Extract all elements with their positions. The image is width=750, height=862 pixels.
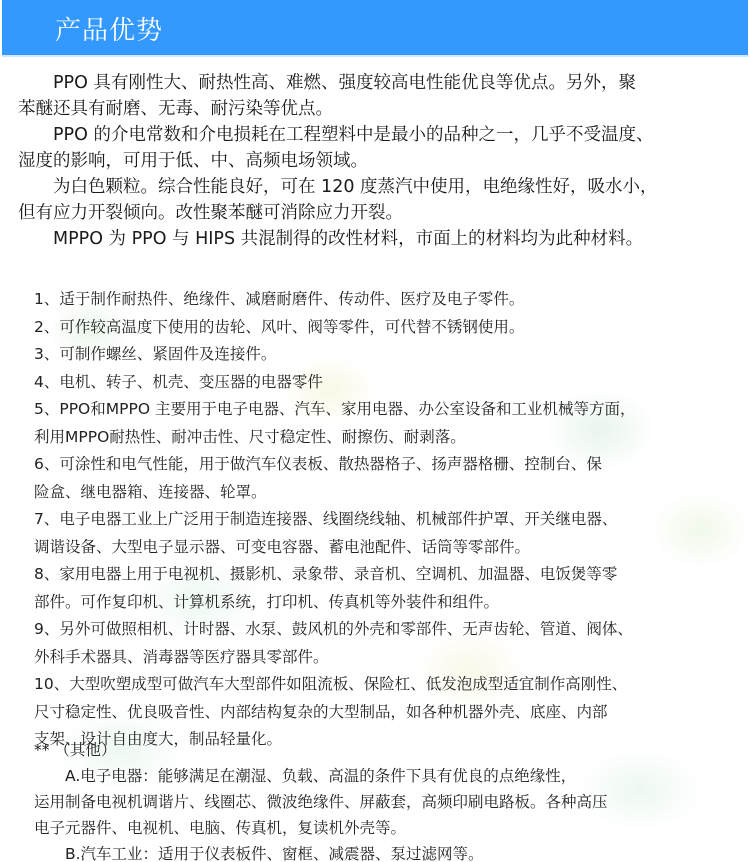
intro-paragraph-2-cont: 湿度的影响，可用于低、中、高频电场领域。 bbox=[18, 148, 738, 174]
list-item-cont: 外科手术器具、消毒器等医疗器具零部件。 bbox=[34, 644, 734, 672]
intro-paragraph-2: PPO 的介电常数和介电损耗在工程塑料中是最小的品种之一，几乎不受温度、 bbox=[18, 122, 738, 148]
list-item: 8、家用电器上用于电视机、摄影机、录象带、录音机、空调机、加温器、电饭煲等零 bbox=[34, 561, 734, 589]
other-item-a-cont: 运用制备电视机调谐片、线圈芯、微波绝缘件、屏蔽套，高频印刷电路板。各种高压 bbox=[34, 789, 734, 815]
list-item: 3、可制作螺丝、紧固件及连接件。 bbox=[34, 341, 734, 369]
list-item: 10、大型吹塑成型可做汽车大型部件如阻流板、保险杠、低发泡成型适宜制作高刚性、 bbox=[34, 671, 734, 699]
list-item-cont: 险盒、继电器箱、连接器、轮罩。 bbox=[34, 479, 734, 507]
intro-paragraph-1-cont: 苯醚还具有耐磨、无毒、耐污染等优点。 bbox=[18, 96, 738, 122]
list-item: 5、PPO和MPPO 主要用于电子电器、汽车、家用电器、办公室设备和工业机械等方… bbox=[34, 396, 734, 424]
other-section: ** （其他） A.电子电器：能够满足在潮湿、负载、高温的条件下具有优良的点绝缘… bbox=[34, 737, 734, 862]
intro-paragraph-1: PPO 具有刚性大、耐热性高、难燃、强度较高电性能优良等优点。另外，聚 bbox=[18, 70, 738, 96]
list-item: 2、可作较高温度下使用的齿轮、风叶、阀等零件，可代替不锈钢使用。 bbox=[34, 314, 734, 342]
applications-list: 1、适于制作耐热件、绝缘件、减磨耐磨件、传动件、医疗及电子零件。 2、可作较高温… bbox=[34, 286, 734, 754]
section-title: 产品优势 bbox=[55, 10, 163, 47]
other-item-a-cont: 电子元器件、电视机、电脑、传真机，复读机外壳等。 bbox=[34, 815, 734, 841]
other-item-a: A.电子电器：能够满足在潮湿、负载、高温的条件下具有优良的点绝缘性， bbox=[34, 763, 734, 789]
list-item: 7、电子电器工业上广泛用于制造连接器、线圈绕线轴、机械部件护罩、开关继电器、 bbox=[34, 506, 734, 534]
intro-paragraph-3-cont: 但有应力开裂倾向。改性聚苯醚可消除应力开裂。 bbox=[18, 200, 738, 226]
list-item-cont: 调谐设备、大型电子显示器、可变电容器、蓄电池配件、话筒等零部件。 bbox=[34, 534, 734, 562]
list-item: 4、电机、转子、机壳、变压器的电器零件 bbox=[34, 369, 734, 397]
list-item: 1、适于制作耐热件、绝缘件、减磨耐磨件、传动件、医疗及电子零件。 bbox=[34, 286, 734, 314]
list-item: 6、可涂性和电气性能，用于做汽车仪表板、散热器格子、扬声器格栅、控制台、保 bbox=[34, 451, 734, 479]
list-item: 9、另外可做照相机、计时器、水泵、鼓风机的外壳和零部件、无声齿轮、管道、阀体、 bbox=[34, 616, 734, 644]
intro-paragraph-4: MPPO 为 PPO 与 HIPS 共混制得的改性材料，市面上的材料均为此种材料… bbox=[18, 226, 738, 252]
intro-text: PPO 具有刚性大、耐热性高、难燃、强度较高电性能优良等优点。另外，聚 苯醚还具… bbox=[18, 70, 738, 252]
list-item-cont: 部件。可作复印机、计算机系统，打印机、传真机等外装件和组件。 bbox=[34, 589, 734, 617]
list-item-cont: 利用MPPO耐热性、耐冲击性、尺寸稳定性、耐擦伤、耐剥落。 bbox=[34, 424, 734, 452]
other-item-b: B.汽车工业：适用于仪表板件、窗框、减震器、泵过滤网等。 bbox=[34, 841, 734, 862]
other-heading: ** （其他） bbox=[34, 737, 734, 763]
intro-paragraph-3: 为白色颗粒。综合性能良好，可在 120 度蒸汽中使用，电绝缘性好，吸水小， bbox=[18, 174, 738, 200]
list-item-cont: 尺寸稳定性、优良吸音性、内部结构复杂的大型制品，如各种机器外壳、底座、内部 bbox=[34, 699, 734, 727]
section-header: 产品优势 bbox=[2, 0, 748, 57]
